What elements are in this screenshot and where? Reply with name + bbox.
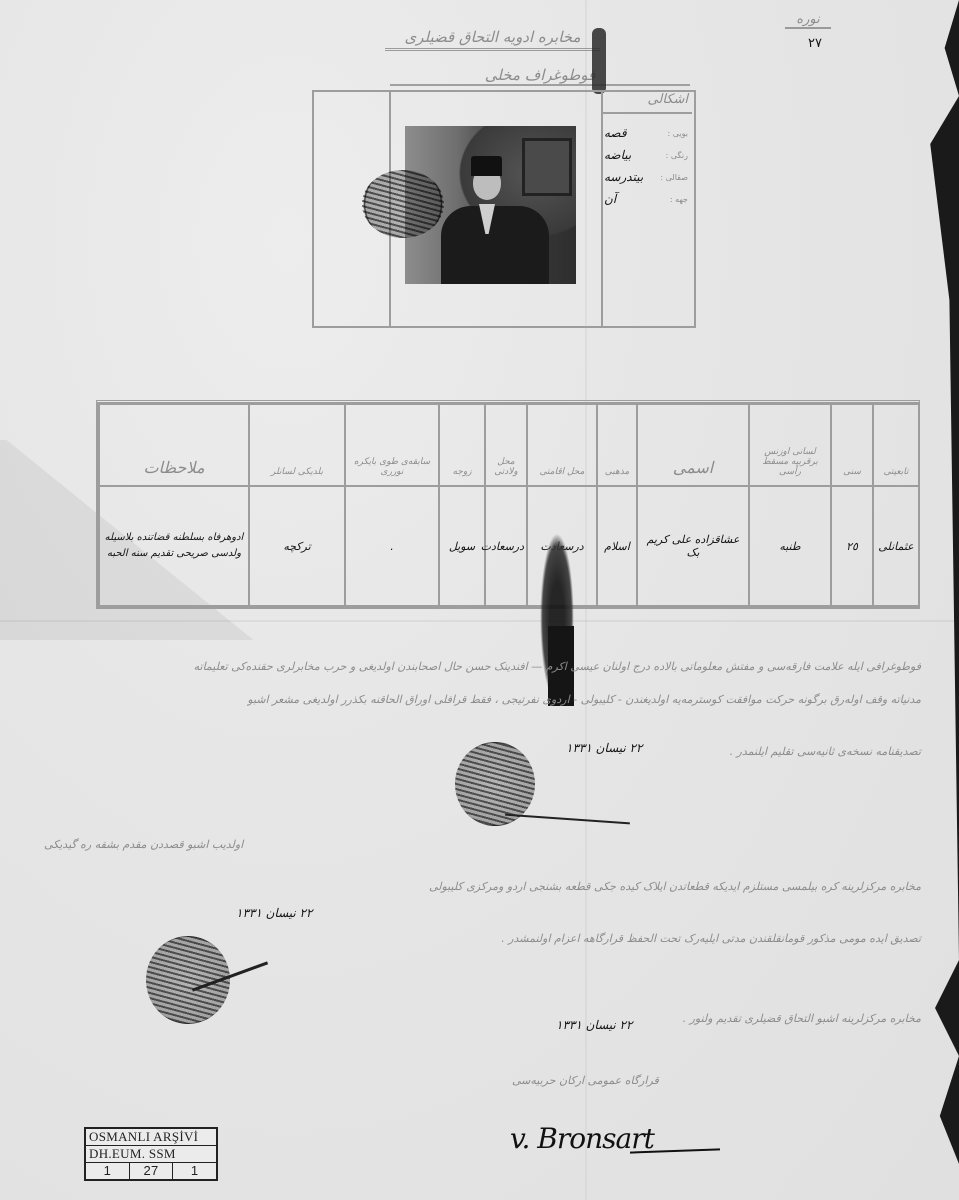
table-cell: طنبه — [749, 486, 831, 606]
column-header: زوجه — [439, 404, 485, 486]
ink-blot — [592, 28, 606, 94]
date-stamp: ٢٢ نیسان ١٣٣١ — [236, 906, 312, 920]
column-header: محل ولادتی — [485, 404, 527, 486]
field-value: بیتدرسه — [604, 170, 643, 184]
column-header: اسمی — [637, 404, 749, 486]
paragraph-line: مدنیاته وقف اوله‌رق برگونه حرکت موافقت ک… — [247, 693, 921, 706]
document-header-subtitle: فوطوغراف مخلی — [390, 66, 690, 86]
archive-institution: OSMANLI ARŞİVİ — [86, 1129, 216, 1146]
portrait-fez — [471, 156, 502, 176]
archive-reference-stamp: OSMANLI ARŞİVİ DH.EUM. SSM 1 27 1 — [84, 1127, 218, 1181]
column-header: تابعیتی — [873, 404, 919, 486]
table-row: عثمانلی ٢٥ طنبه عشاقزاده علی کریم بک اسل… — [99, 486, 919, 606]
table-cell: سویل — [439, 486, 485, 606]
field-row: بیاضه رنگی : — [604, 144, 688, 166]
official-seal-stamp — [362, 170, 444, 238]
paragraph-line: اولدیب اشبو قصددن مقدم بشقه ره گیدیکی — [44, 838, 243, 851]
column-header: ملاحظات — [99, 404, 249, 486]
archive-catalog-cell: 27 — [130, 1163, 174, 1179]
field-row: آن جهه : — [604, 188, 688, 210]
signatory-title: قرارگاه عمومی ارکان حربیه‌سی — [512, 1074, 659, 1087]
field-label: بویی : — [668, 129, 689, 138]
field-row: قصه بویی : — [604, 122, 688, 144]
field-value: قصه — [604, 126, 627, 140]
date-stamp: ٢٢ نیسان ١٣٣١ — [556, 1018, 632, 1032]
field-label: رنگی : — [666, 151, 688, 160]
paragraph-line: فوطوغرافی ایله علامت فارقه‌سی و مفتش معل… — [194, 660, 921, 673]
document-header-title: مخابره ادویه التحاق قضیلری — [385, 28, 600, 51]
table-cell: عشاقزاده علی کریم بک — [637, 486, 749, 606]
table-header-row: تابعیتی سنی لسانی اوزنس برقربیه مسقط رأس… — [99, 404, 919, 486]
column-header: بلدیکی لسانلر — [249, 404, 345, 486]
official-seal-stamp — [455, 742, 535, 826]
signature-stroke — [505, 814, 630, 825]
physical-description-fields: قصه بویی : بیاضه رنگی : بیتدرسه صقالی : … — [604, 122, 688, 210]
table-cell: عثمانلی — [873, 486, 919, 606]
date-stamp: ٢٢ نیسان ١٣٣١ — [566, 741, 642, 755]
column-header: محل اقامتی — [527, 404, 597, 486]
document-number: ٢٧ — [808, 36, 822, 51]
table-cell-notes: ادوهرفاه بسلطنه قضاتنده بلاسیله ولدسی صر… — [99, 486, 249, 606]
background-painting — [522, 138, 572, 196]
column-header: لسانی اوزنس برقربیه مسقط رأسی — [749, 404, 831, 486]
paragraph-line: مخابره مرکزلرینه اشبو التحاق قضیلری تقدی… — [683, 1012, 921, 1025]
paragraph-line: تصدیق ایده مومی مذکور قومانقلقندن مدتی ا… — [501, 932, 921, 945]
table-cell: . — [345, 486, 439, 606]
table-cell: اسلام — [597, 486, 637, 606]
archive-catalog-cell: 1 — [86, 1163, 130, 1179]
table-cell: ٢٥ — [831, 486, 873, 606]
field-label: جهه : — [670, 195, 688, 204]
table-cell: ترکچه — [249, 486, 345, 606]
signature: v. Bronsart — [510, 1122, 654, 1155]
paragraph-line: تصدیقنامه نسخه‌ی ثانیه‌سی تقلیم ایلنمدر … — [730, 745, 921, 758]
portrait-coat — [441, 206, 549, 284]
field-row: بیتدرسه صقالی : — [604, 166, 688, 188]
table-cell: درسعادت — [485, 486, 527, 606]
frame-divider — [601, 92, 603, 326]
paragraph-line: مخابره مرکزلرینه کره بیلمسی مستلزم ایدیک… — [429, 880, 921, 893]
document-page: مخابره ادویه التحاق قضیلری فوطوغراف مخلی… — [0, 0, 959, 1200]
archive-catalog-cell: 1 — [173, 1163, 216, 1179]
column-header: سنی — [831, 404, 873, 486]
archive-collection: DH.EUM. SSM — [86, 1146, 216, 1163]
column-header: سابقه‌ی طوی بایکره نورری — [345, 404, 439, 486]
field-value: بیاضه — [604, 148, 631, 162]
column-header: مذهبی — [597, 404, 637, 486]
field-label: صقالی : — [660, 173, 688, 182]
field-value: آن — [604, 192, 616, 206]
description-heading: اشکالی — [603, 92, 692, 114]
document-number-label: نوره — [785, 12, 831, 29]
archive-catalog-row: 1 27 1 — [86, 1163, 216, 1179]
register-table: تابعیتی سنی لسانی اوزنس برقربیه مسقط رأس… — [96, 400, 920, 609]
